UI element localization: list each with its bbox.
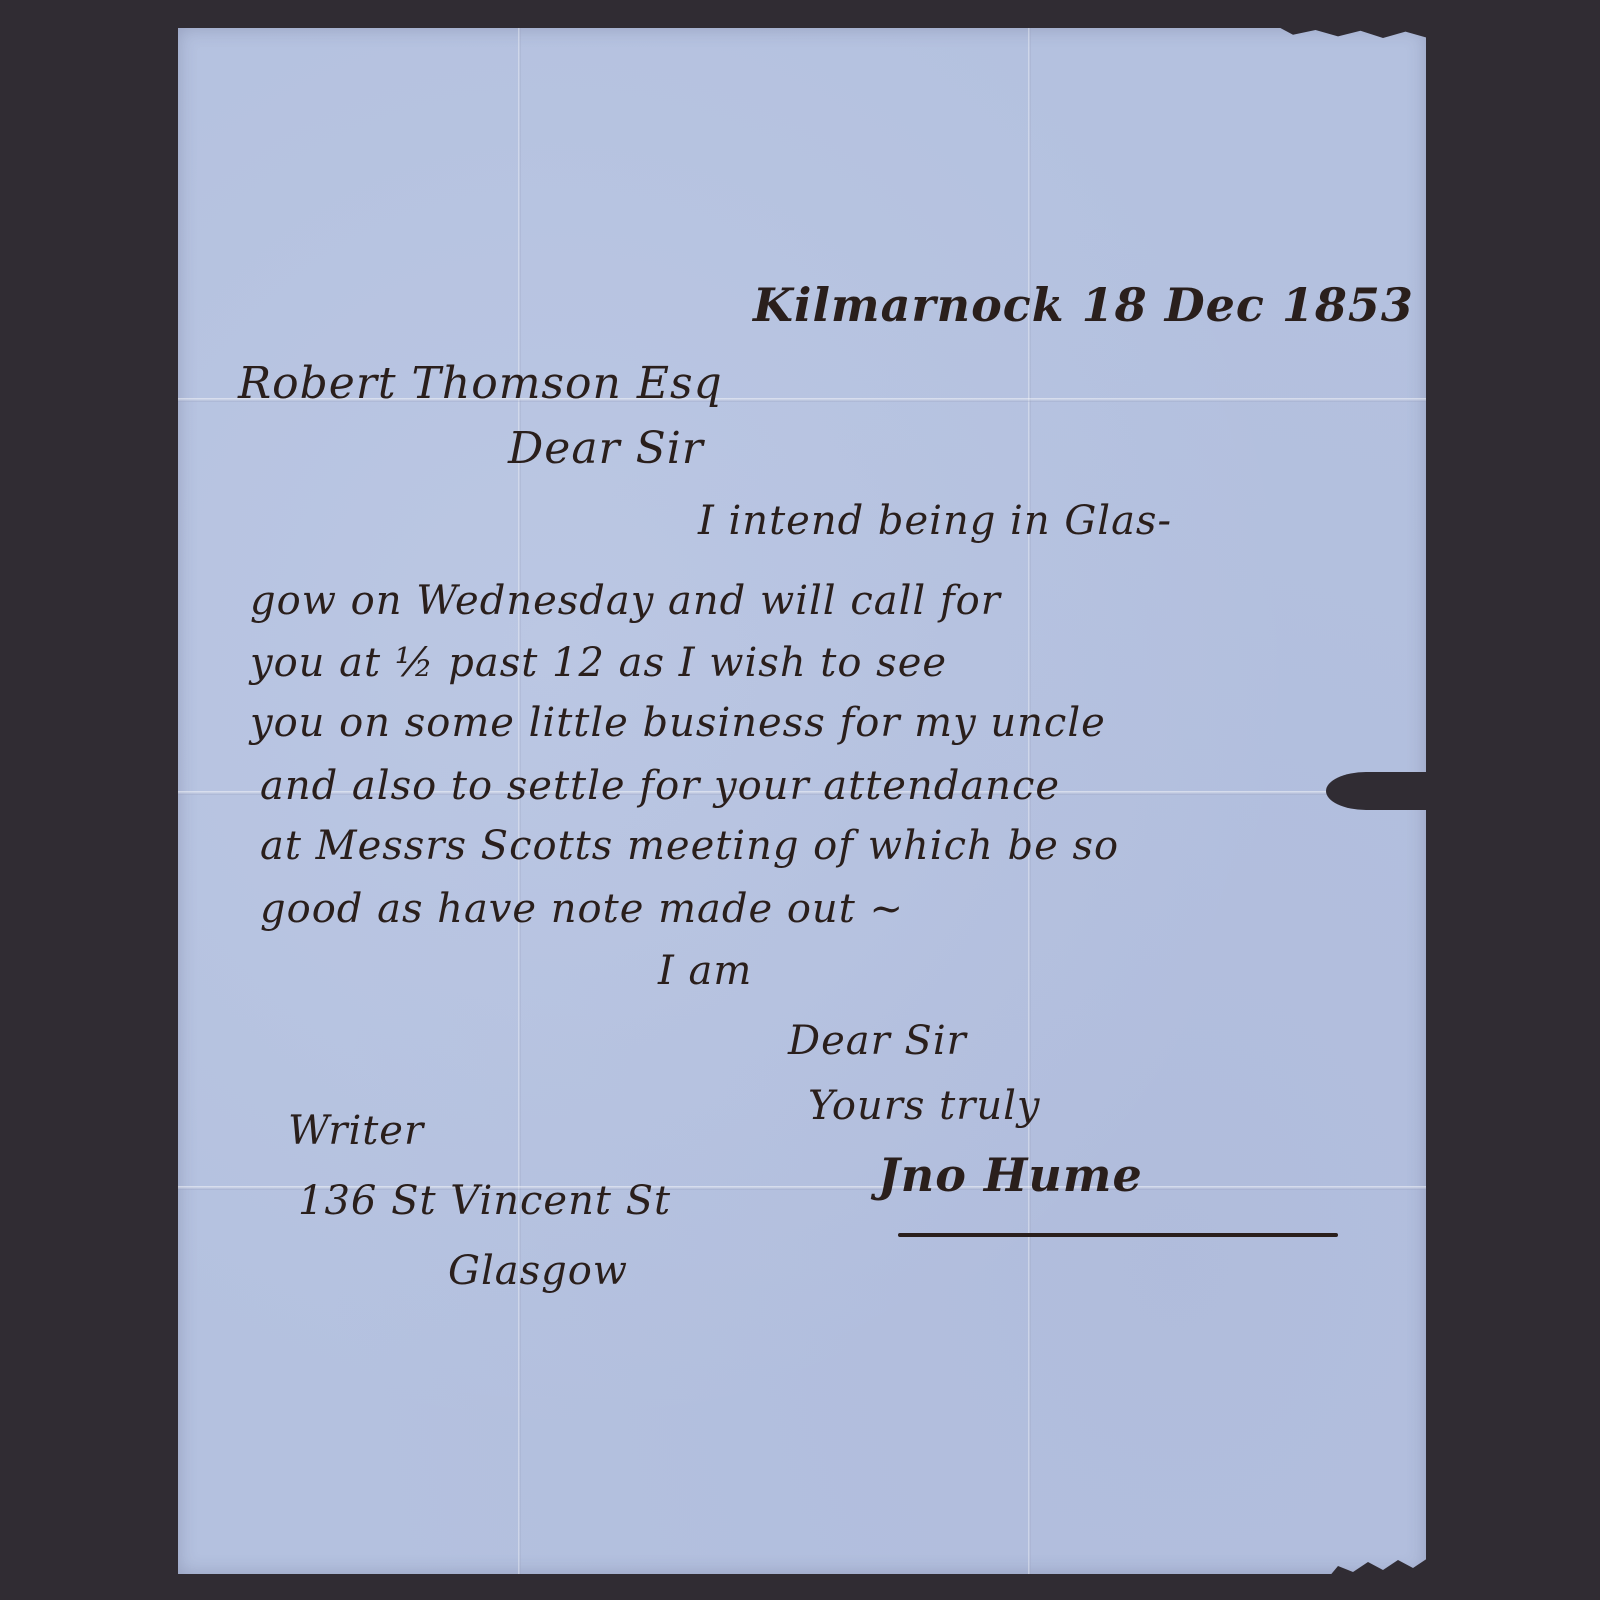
body-line: gow on Wednesday and will call for: [250, 578, 1001, 624]
body-line: I intend being in Glas-: [698, 498, 1172, 544]
address-street: 136 St Vincent St: [298, 1178, 671, 1224]
edge-tear: [1326, 772, 1426, 810]
closing-yours-truly: Yours truly: [808, 1083, 1040, 1129]
address-city: Glasgow: [448, 1248, 628, 1294]
torn-top-edge: [1278, 22, 1428, 38]
body-line: you at ½ past 12 as I wish to see: [250, 640, 947, 686]
torn-bottom-edge: [1328, 1558, 1428, 1578]
signature: Jno Hume: [878, 1148, 1143, 1202]
body-line: at Messrs Scotts meeting of which be so: [260, 823, 1119, 869]
closing-i-am: I am: [658, 948, 752, 994]
body-line: and also to settle for your attendance: [260, 763, 1060, 809]
address-title: Writer: [288, 1108, 424, 1154]
salutation: Dear Sir: [508, 423, 704, 474]
letter-sheet: Kilmarnock 18 Dec 1853 Robert Thomson Es…: [178, 28, 1426, 1574]
addressee-name: Robert Thomson Esq: [238, 358, 723, 409]
closing-dear-sir: Dear Sir: [788, 1018, 967, 1064]
body-line: good as have note made out ~: [260, 886, 904, 932]
signature-underline: [898, 1233, 1338, 1237]
body-line: you on some little business for my uncle: [250, 700, 1106, 746]
place-and-date: Kilmarnock 18 Dec 1853: [753, 278, 1414, 332]
